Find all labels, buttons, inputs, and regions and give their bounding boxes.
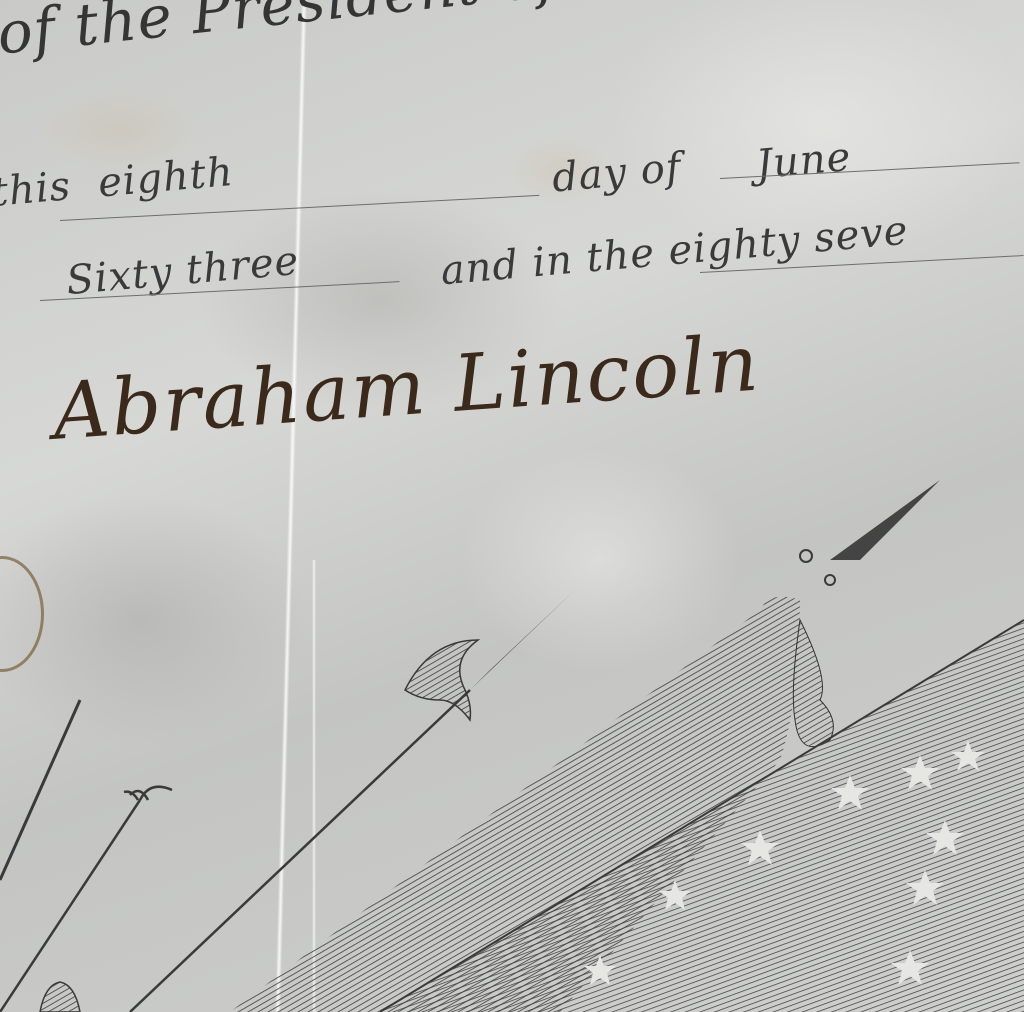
spear-icon bbox=[0, 700, 80, 880]
eagle-icon bbox=[40, 982, 80, 1012]
engraving-flags-and-spears bbox=[0, 0, 1024, 1012]
document-photo: of the President of the United S this ei… bbox=[0, 0, 1024, 1012]
